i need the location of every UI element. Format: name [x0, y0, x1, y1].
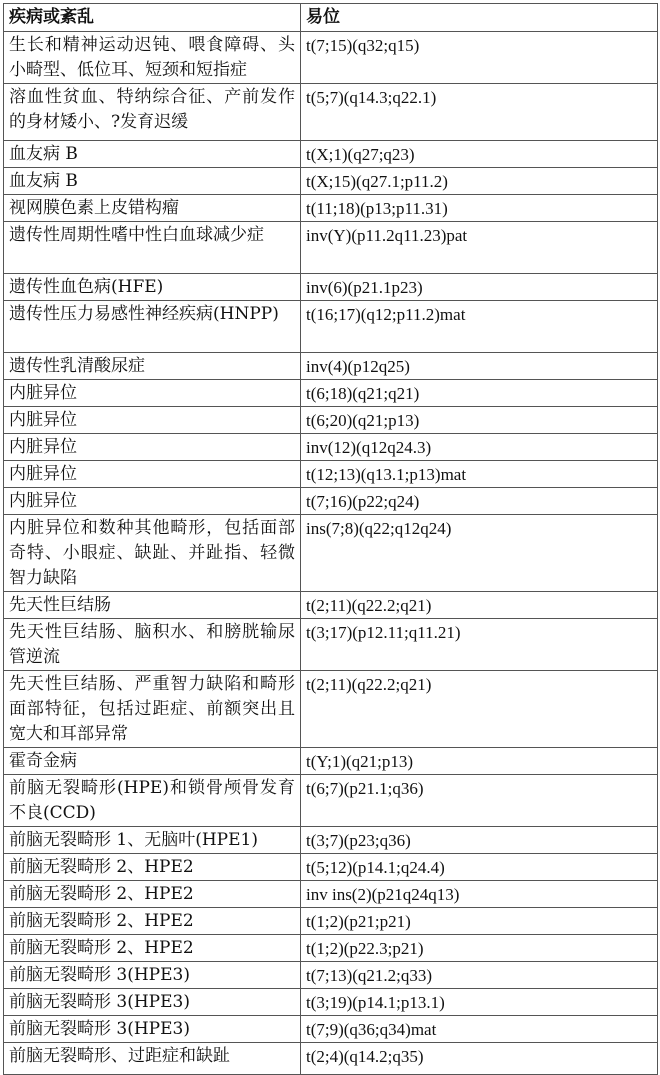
disorder-cell: 内脏异位 — [4, 380, 301, 407]
table-row: 内脏异位t(6;20)(q21;p13) — [4, 407, 658, 434]
table-row: 霍奇金病t(Y;1)(q21;p13) — [4, 748, 658, 775]
disorder-cell: 前脑无裂畸形 2、HPE2 — [4, 908, 301, 935]
disorder-cell: 前脑无裂畸形 2、HPE2 — [4, 935, 301, 962]
translocation-cell: t(11;18)(p13;p11.31) — [301, 195, 658, 222]
disorder-cell: 先天性巨结肠、严重智力缺陷和畸形面部特征，包括过距症、前额突出且宽大和耳部异常 — [4, 671, 301, 748]
table-row: 血友病 Bt(X;15)(q27.1;p11.2) — [4, 168, 658, 195]
translocation-cell: ins(7;8)(q22;q12q24) — [301, 515, 658, 592]
disorder-cell: 血友病 B — [4, 168, 301, 195]
table-row: 遗传性压力易感性神经疾病(HNPP)t(16;17)(q12;p11.2)mat — [4, 301, 658, 353]
translocation-cell: t(3;19)(p14.1;p13.1) — [301, 989, 658, 1001]
table-row: 前脑无裂畸形 3(HPE3)t(7;13)(q21.2;q33) — [4, 962, 658, 989]
disorder-cell: 前脑无裂畸形 3(HPE3) — [4, 962, 301, 989]
table-header-row: 疾病或紊乱 易位 — [4, 4, 658, 32]
disorder-cell: 先天性巨结肠、脑积水、和膀胱输尿管逆流 — [4, 619, 301, 671]
disorder-cell: 内脏异位 — [4, 488, 301, 515]
disorder-cell: 溶血性贫血、特纳综合征、产前发作的身材矮小、?发育迟缓 — [4, 84, 301, 141]
translocation-cell: t(16;17)(q12;p11.2)mat — [301, 301, 658, 353]
translocation-cell: inv(4)(p12q25) — [301, 353, 658, 380]
table-row: 前脑无裂畸形 2、HPE2t(1;2)(p21;p21) — [4, 908, 658, 935]
column-header-disorder: 疾病或紊乱 — [4, 4, 301, 32]
disorder-cell: 遗传性周期性嗜中性白血球减少症 — [4, 222, 301, 274]
disorder-cell: 先天性巨结肠 — [4, 592, 301, 619]
translocation-cell: t(X;15)(q27.1;p11.2) — [301, 168, 658, 195]
translocation-cell: t(1;2)(p21;p21) — [301, 908, 658, 935]
table-row: 血友病 Bt(X;1)(q27;q23) — [4, 141, 658, 168]
table-row: 先天性巨结肠t(2;11)(q22.2;q21) — [4, 592, 658, 619]
table-row: 先天性巨结肠、脑积水、和膀胱输尿管逆流t(3;17)(p12.11;q11.21… — [4, 619, 658, 671]
table-row: 视网膜色素上皮错构瘤t(11;18)(p13;p11.31) — [4, 195, 658, 222]
translocation-cell: t(1;2)(p22.3;p21) — [301, 935, 658, 962]
table-row: 溶血性贫血、特纳综合征、产前发作的身材矮小、?发育迟缓t(5;7)(q14.3;… — [4, 84, 658, 141]
disorder-cell: 视网膜色素上皮错构瘤 — [4, 195, 301, 222]
table-row: 遗传性周期性嗜中性白血球减少症inv(Y)(p11.2q11.23)pat — [4, 222, 658, 274]
translocation-cell: t(6;20)(q21;p13) — [301, 407, 658, 434]
translocation-cell: inv ins(2)(p21q24q13) — [301, 881, 658, 908]
disorder-cell: 前脑无裂畸形 3(HPE3) — [4, 989, 301, 1001]
disorder-cell: 前脑无裂畸形 2、HPE2 — [4, 854, 301, 881]
document-page: 疾病或紊乱 易位 生长和精神运动迟钝、喂食障碍、头小畸型、低位耳、短颈和短指症t… — [3, 3, 658, 1000]
translocation-cell: t(7;15)(q32;q15) — [301, 32, 658, 84]
translocation-cell: t(2;11)(q22.2;q21) — [301, 592, 658, 619]
translocation-cell: t(5;12)(p14.1;q24.4) — [301, 854, 658, 881]
table-row: 内脏异位和数种其他畸形，包括面部奇特、小眼症、缺趾、并趾指、轻微智力缺陷ins(… — [4, 515, 658, 592]
disorder-cell: 前脑无裂畸形(HPE)和锁骨颅骨发育不良(CCD) — [4, 775, 301, 827]
translocation-cell: t(7;13)(q21.2;q33) — [301, 962, 658, 989]
translocation-cell: inv(Y)(p11.2q11.23)pat — [301, 222, 658, 274]
translocation-cell: t(6;7)(p21.1;q36) — [301, 775, 658, 827]
table-row: 生长和精神运动迟钝、喂食障碍、头小畸型、低位耳、短颈和短指症t(7;15)(q3… — [4, 32, 658, 84]
disorder-cell: 前脑无裂畸形 2、HPE2 — [4, 881, 301, 908]
disorder-cell: 内脏异位和数种其他畸形，包括面部奇特、小眼症、缺趾、并趾指、轻微智力缺陷 — [4, 515, 301, 592]
disorder-cell: 生长和精神运动迟钝、喂食障碍、头小畸型、低位耳、短颈和短指症 — [4, 32, 301, 84]
table-row: 内脏异位t(12;13)(q13.1;p13)mat — [4, 461, 658, 488]
translocation-cell: t(6;18)(q21;q21) — [301, 380, 658, 407]
translocation-cell: inv(6)(p21.1p23) — [301, 274, 658, 301]
disorder-cell: 血友病 B — [4, 141, 301, 168]
table-row: 前脑无裂畸形 1、无脑叶(HPE1)t(3;7)(p23;q36) — [4, 827, 658, 854]
table-row: 前脑无裂畸形 3(HPE3)t(3;19)(p14.1;p13.1) — [4, 989, 658, 1001]
table-row: 遗传性血色病(HFE)inv(6)(p21.1p23) — [4, 274, 658, 301]
translocation-cell: t(Y;1)(q21;p13) — [301, 748, 658, 775]
table-row: 遗传性乳清酸尿症inv(4)(p12q25) — [4, 353, 658, 380]
table-row: 前脑无裂畸形 2、HPE2inv ins(2)(p21q24q13) — [4, 881, 658, 908]
disorder-cell: 遗传性血色病(HFE) — [4, 274, 301, 301]
translocation-cell: t(X;1)(q27;q23) — [301, 141, 658, 168]
table-row: 内脏异位inv(12)(q12q24.3) — [4, 434, 658, 461]
translocation-cell: t(5;7)(q14.3;q22.1) — [301, 84, 658, 141]
disorder-cell: 内脏异位 — [4, 407, 301, 434]
disorder-cell: 内脏异位 — [4, 434, 301, 461]
table-row: 前脑无裂畸形(HPE)和锁骨颅骨发育不良(CCD)t(6;7)(p21.1;q3… — [4, 775, 658, 827]
disorder-cell: 内脏异位 — [4, 461, 301, 488]
disorder-cell: 遗传性压力易感性神经疾病(HNPP) — [4, 301, 301, 353]
translocation-cell: t(2;11)(q22.2;q21) — [301, 671, 658, 748]
table-body: 生长和精神运动迟钝、喂食障碍、头小畸型、低位耳、短颈和短指症t(7;15)(q3… — [4, 32, 658, 1001]
table-row: 前脑无裂畸形 2、HPE2t(5;12)(p14.1;q24.4) — [4, 854, 658, 881]
table-row: 前脑无裂畸形 2、HPE2t(1;2)(p22.3;p21) — [4, 935, 658, 962]
translocation-cell: t(3;7)(p23;q36) — [301, 827, 658, 854]
translocation-cell: t(12;13)(q13.1;p13)mat — [301, 461, 658, 488]
translocation-cell: t(3;17)(p12.11;q11.21) — [301, 619, 658, 671]
translocation-cell: t(7;16)(p22;q24) — [301, 488, 658, 515]
disorder-cell: 遗传性乳清酸尿症 — [4, 353, 301, 380]
translocation-cell: inv(12)(q12q24.3) — [301, 434, 658, 461]
table-row: 先天性巨结肠、严重智力缺陷和畸形面部特征，包括过距症、前额突出且宽大和耳部异常t… — [4, 671, 658, 748]
disorder-translocation-table: 疾病或紊乱 易位 生长和精神运动迟钝、喂食障碍、头小畸型、低位耳、短颈和短指症t… — [3, 3, 658, 1000]
table-row: 内脏异位t(6;18)(q21;q21) — [4, 380, 658, 407]
column-header-translocation: 易位 — [301, 4, 658, 32]
disorder-cell: 霍奇金病 — [4, 748, 301, 775]
table-row: 内脏异位t(7;16)(p22;q24) — [4, 488, 658, 515]
disorder-cell: 前脑无裂畸形 1、无脑叶(HPE1) — [4, 827, 301, 854]
